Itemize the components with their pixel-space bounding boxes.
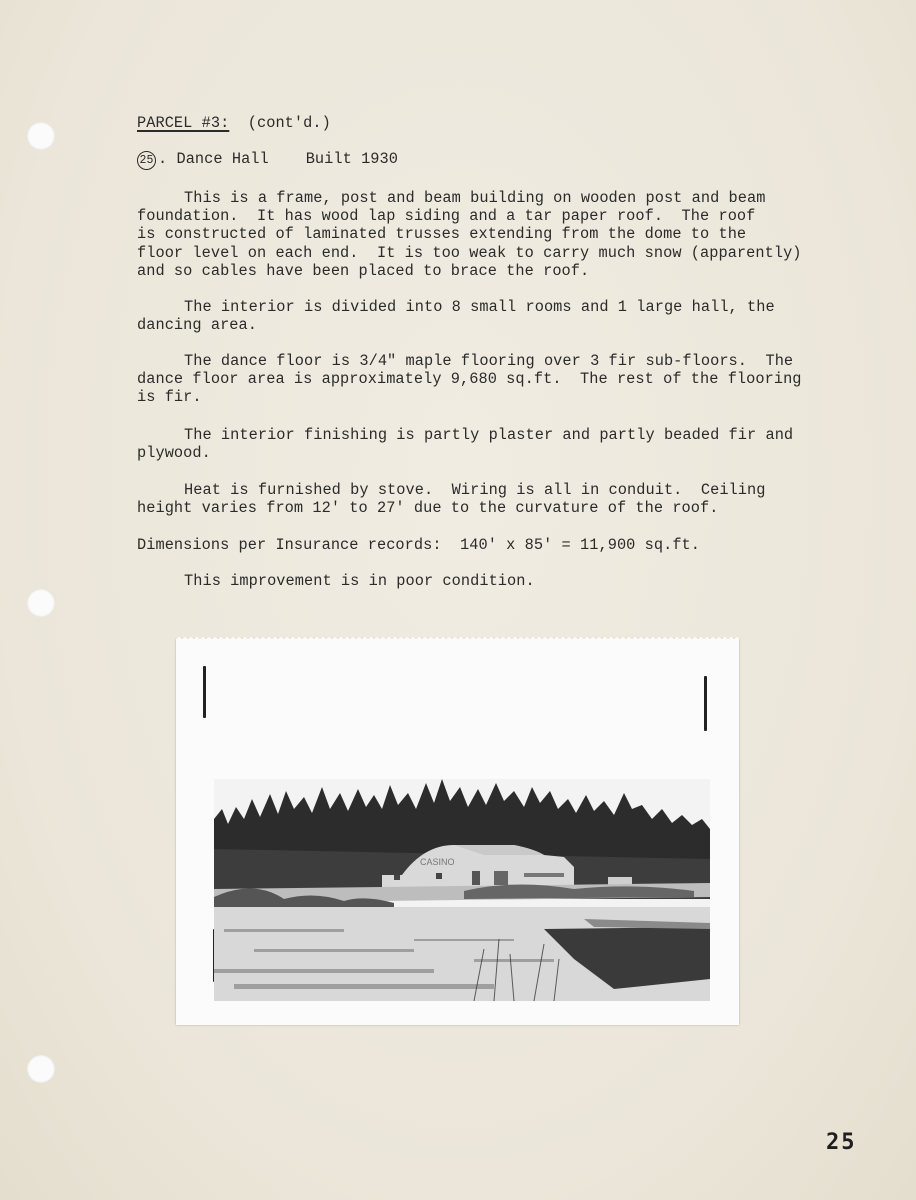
section-heading: PARCEL #3: (cont'd.) [137,114,817,132]
paragraph-dance-floor: The dance floor is 3/4" maple flooring o… [137,352,817,407]
item-heading: 25. Dance Hall Built 1930 [137,150,817,170]
attached-photograph: CASINO [176,639,739,1025]
paragraph-finishing: The interior finishing is partly plaster… [137,426,817,462]
parcel-continued: (cont'd.) [248,114,331,132]
dance-hall-photo: CASINO [214,779,710,1001]
paragraph-heat-wiring: Heat is furnished by stove. Wiring is al… [137,481,817,517]
page-number: 25 [826,1130,857,1155]
binder-hole-top [27,122,55,150]
item-built-year: Built 1930 [306,150,398,168]
casino-sign: CASINO [420,857,455,867]
paragraph-condition: This improvement is in poor condition. [137,572,817,590]
item-number-circled: 25 [137,151,156,170]
paragraph-dimensions: Dimensions per Insurance records: 140' x… [137,536,817,554]
binder-hole-bottom [27,1055,55,1083]
paragraph-construction: This is a frame, post and beam building … [137,189,817,280]
staple-top-left [203,666,206,718]
photo-deckled-edge [176,636,739,640]
paragraph-interior: The interior is divided into 8 small roo… [137,298,817,334]
item-name: Dance Hall [176,150,268,168]
staple-top-right [704,676,707,731]
parcel-label: PARCEL #3: [137,114,229,132]
binder-hole-middle [27,589,55,617]
